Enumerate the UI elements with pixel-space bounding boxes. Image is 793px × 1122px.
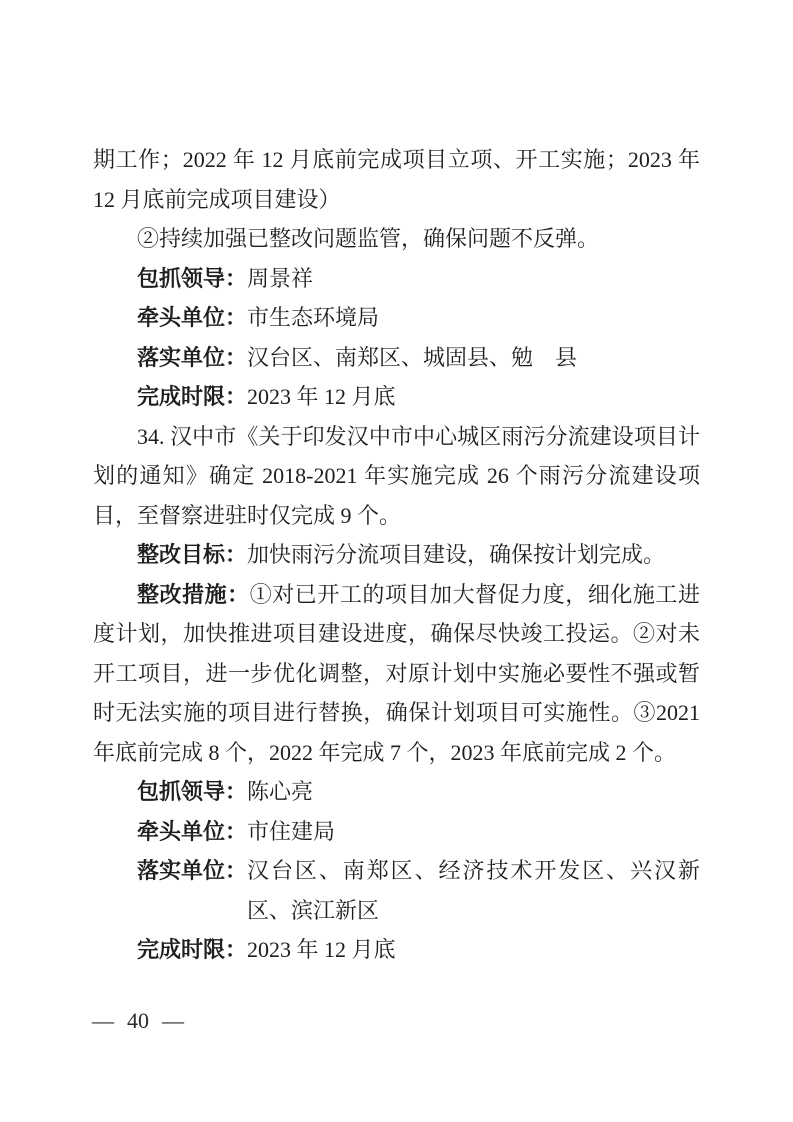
field-deadline-2: 完成时限： 2023 年 12 月底: [93, 930, 700, 970]
field-value: 汉台区、南郑区、城固县、勉 县: [247, 338, 700, 378]
field-lead-unit-2: 牵头单位： 市住建局: [93, 812, 700, 852]
paragraph-rectification-goal: 整改目标：加快雨污分流项目建设，确保按计划完成。: [93, 535, 700, 575]
field-value: 2023 年 12 月底: [247, 377, 700, 417]
footer-dash-left: —: [92, 1006, 114, 1036]
field-value: 市住建局: [247, 812, 700, 852]
field-value: 汉台区、南郑区、经济技术开发区、兴汉新区、滨江新区: [247, 851, 700, 930]
document-body: 期工作；2022 年 12 月底前完成项目立项、开工实施；2023 年 12 月…: [93, 140, 700, 970]
paragraph-continuation: 期工作；2022 年 12 月底前完成项目立项、开工实施；2023 年 12 月…: [93, 140, 700, 219]
paragraph-item-34: 34. 汉中市《关于印发汉中市中心城区雨污分流建设项目计划的通知》确定 2018…: [93, 417, 700, 536]
field-label: 落实单位：: [137, 338, 247, 378]
rectification-goal-label: 整改目标：: [137, 542, 247, 567]
page-number: 40: [127, 1006, 149, 1036]
field-responsible-leader-2: 包抓领导： 陈心亮: [93, 772, 700, 812]
field-value: 2023 年 12 月底: [247, 930, 700, 970]
field-label: 落实单位：: [137, 851, 247, 930]
field-lead-unit-1: 牵头单位： 市生态环境局: [93, 298, 700, 338]
field-implementing-units-1: 落实单位： 汉台区、南郑区、城固县、勉 县: [93, 338, 700, 378]
rectification-measures-label: 整改措施：: [137, 582, 250, 607]
field-value: 周景祥: [247, 259, 700, 299]
rectification-measures-text: ①对已开工的项目加大督促力度，细化施工进度计划，加快推进项目建设进度，确保尽快竣…: [93, 582, 700, 765]
field-label: 完成时限：: [137, 930, 247, 970]
field-label: 包抓领导：: [137, 772, 247, 812]
rectification-goal-text: 加快雨污分流项目建设，确保按计划完成。: [247, 542, 665, 567]
field-value: 陈心亮: [247, 772, 700, 812]
footer-dash-right: —: [162, 1006, 184, 1036]
field-implementing-units-2: 落实单位： 汉台区、南郑区、经济技术开发区、兴汉新区、滨江新区: [93, 851, 700, 930]
field-label: 牵头单位：: [137, 298, 247, 338]
document-page: 期工作；2022 年 12 月底前完成项目立项、开工实施；2023 年 12 月…: [0, 0, 793, 1122]
paragraph-rectification-measures: 整改措施：①对已开工的项目加大督促力度，细化施工进度计划，加快推进项目建设进度，…: [93, 575, 700, 773]
field-deadline-1: 完成时限： 2023 年 12 月底: [93, 377, 700, 417]
field-value: 市生态环境局: [247, 298, 700, 338]
paragraph-measure-2: ②持续加强已整改问题监管，确保问题不反弹。: [93, 219, 700, 259]
field-label: 牵头单位：: [137, 812, 247, 852]
field-responsible-leader-1: 包抓领导： 周景祥: [93, 259, 700, 299]
field-label: 完成时限：: [137, 377, 247, 417]
page-footer: — 40 —: [92, 1006, 184, 1036]
field-label: 包抓领导：: [137, 259, 247, 299]
